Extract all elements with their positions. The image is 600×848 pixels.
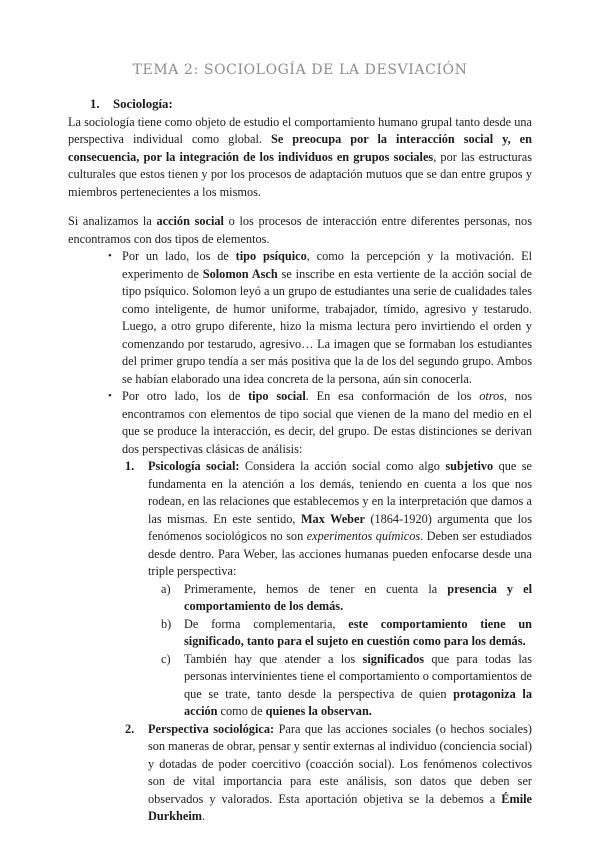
text-run: Por un lado, los de: [122, 249, 236, 263]
text-run: También hay que atender a los: [184, 652, 363, 666]
text-run: como de: [217, 704, 265, 718]
text-run: experimentos químicos: [307, 529, 420, 543]
letter-item-text: De forma complementaria, este comportami…: [184, 617, 532, 649]
numbered-list: 1.Psicología social: Considera la acción…: [68, 458, 532, 826]
text-run: Considera la acción social como algo: [239, 459, 445, 473]
letter-item-text: También hay que atender a los significad…: [184, 652, 532, 719]
text-run: tipo psíquico: [236, 249, 307, 263]
numbered-item-text: Perspectiva sociológica: Para que las ac…: [148, 722, 532, 824]
text-run: tipo social: [248, 389, 306, 403]
text-run: Por otro lado, los de: [122, 389, 248, 403]
bullet-item-marker: •: [108, 388, 112, 406]
text-run: Perspectiva sociológica:: [148, 722, 274, 736]
numbered-item: 1.Psicología social: Considera la acción…: [68, 458, 532, 581]
text-run: Primeramente, hemos de tener en cuenta l…: [184, 582, 447, 596]
section-heading-label: Sociología:: [113, 97, 173, 111]
text-run: De forma complementaria,: [184, 617, 348, 631]
text-run: Solomon Asch: [203, 267, 278, 281]
document-page: TEMA 2: SOCIOLOGÍA DE LA DESVIACIÓN 1.So…: [0, 0, 600, 848]
analysis-paragraph: Si analizamos la acción social o los pro…: [68, 213, 532, 248]
text-run: subjetivo: [445, 459, 493, 473]
text-run: Si analizamos la: [68, 214, 156, 228]
text-run: se inscribe en esta vertiente de la acci…: [122, 267, 532, 386]
intro-paragraph: La sociología tiene como objeto de estud…: [68, 114, 532, 202]
bullet-item-text: Por un lado, los de tipo psíquico, como …: [122, 249, 532, 386]
bullet-item: •Por otro lado, los de tipo social. En e…: [68, 388, 532, 458]
numbered-item-marker: 2.: [125, 721, 134, 739]
bullet-item: •Por un lado, los de tipo psíquico, como…: [68, 248, 532, 388]
section-heading-number: 1.: [90, 96, 113, 114]
letter-item-marker: b): [161, 616, 171, 634]
letter-item-marker: c): [161, 651, 171, 669]
text-run: significados: [363, 652, 425, 666]
numbered-item-marker: 1.: [125, 458, 134, 476]
numbered-item: 2.Perspectiva sociológica: Para que las …: [68, 721, 532, 826]
letter-item-marker: a): [161, 581, 171, 599]
letter-item: c)También hay que atender a los signific…: [68, 651, 532, 721]
bullet-item-text: Por otro lado, los de tipo social. En es…: [122, 389, 532, 456]
text-run: Psicología social:: [148, 459, 239, 473]
text-run: Max Weber: [301, 512, 365, 526]
document-title: TEMA 2: SOCIOLOGÍA DE LA DESVIACIÓN: [68, 60, 532, 80]
bullet-item-marker: •: [108, 248, 112, 266]
letter-item: a)Primeramente, hemos de tener en cuenta…: [68, 581, 532, 616]
letter-item: b)De forma complementaria, este comporta…: [68, 616, 532, 651]
text-run: . En esa conformación de los: [306, 389, 479, 403]
numbered-item-text: Psicología social: Considera la acción s…: [148, 459, 532, 578]
section-heading: 1.Sociología:: [68, 96, 532, 114]
text-run: quienes la observan.: [266, 704, 372, 718]
bullet-list: •Por un lado, los de tipo psíquico, como…: [68, 248, 532, 458]
text-run: .: [202, 809, 205, 823]
text-run: otros: [479, 389, 504, 403]
letter-item-text: Primeramente, hemos de tener en cuenta l…: [184, 582, 532, 614]
text-run: acción social: [156, 214, 224, 228]
